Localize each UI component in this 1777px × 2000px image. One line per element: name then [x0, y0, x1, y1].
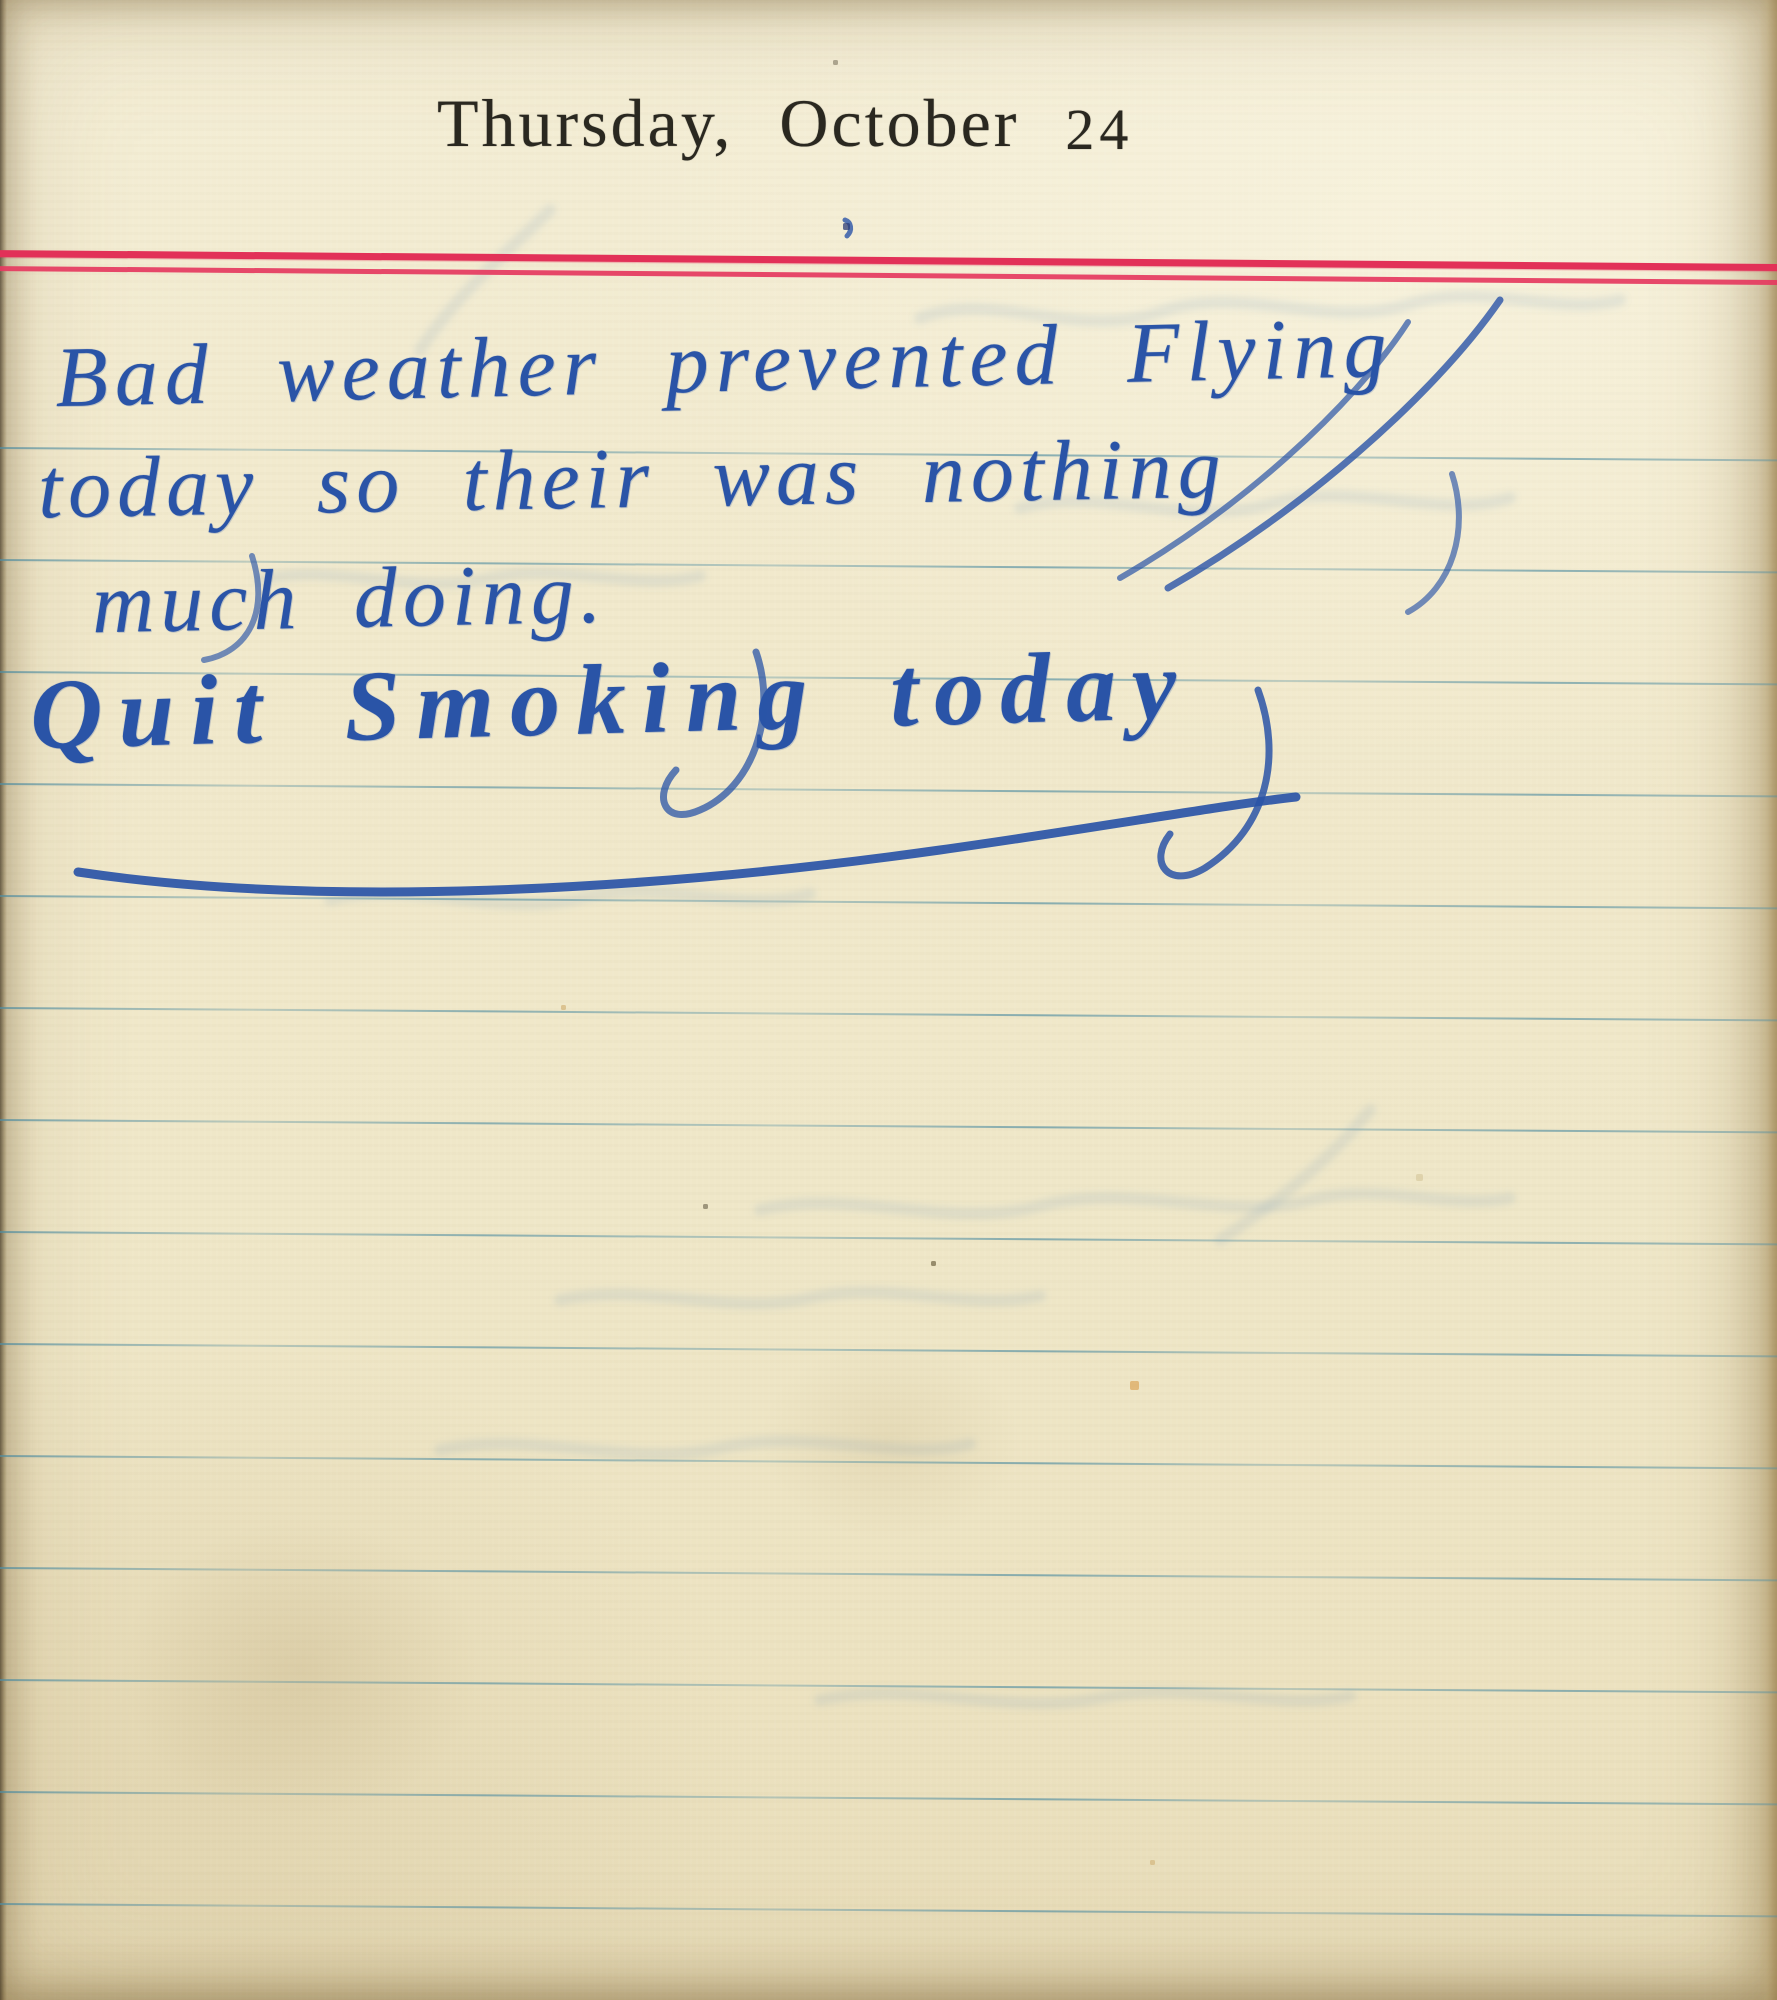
page-right-edge-shadow: [1759, 0, 1777, 2000]
handwritten-line-1: Bad weather prevented Flying: [54, 297, 1394, 427]
handwritten-line-2: today so their was nothing: [37, 418, 1227, 539]
diary-page: Thursday, October 24 Bad weather prevent…: [0, 0, 1777, 2000]
date-weekday-month: Thursday, October: [437, 85, 1019, 161]
page-left-edge-shadow: [0, 0, 7, 2000]
ruled-line: [0, 1119, 1777, 1133]
ruled-line: [0, 1007, 1777, 1021]
ink-specks: [0, 0, 1, 1]
stray-ink-mark: [845, 220, 851, 236]
ruled-line: [0, 1903, 1777, 1917]
page-date-title: Thursday, October 24: [437, 84, 1133, 163]
ruled-line: [0, 783, 1777, 797]
red-header-rule: [0, 250, 1777, 285]
handwritten-line-3: much doing.: [91, 543, 608, 654]
ruled-line: [0, 895, 1777, 909]
date-day-number: 24: [1065, 97, 1133, 162]
ruled-line: [0, 1231, 1777, 1245]
quit-smoking-underline: [78, 797, 1296, 892]
paper-stain: [760, 1340, 1020, 1540]
paper-stain: [120, 1520, 480, 1820]
